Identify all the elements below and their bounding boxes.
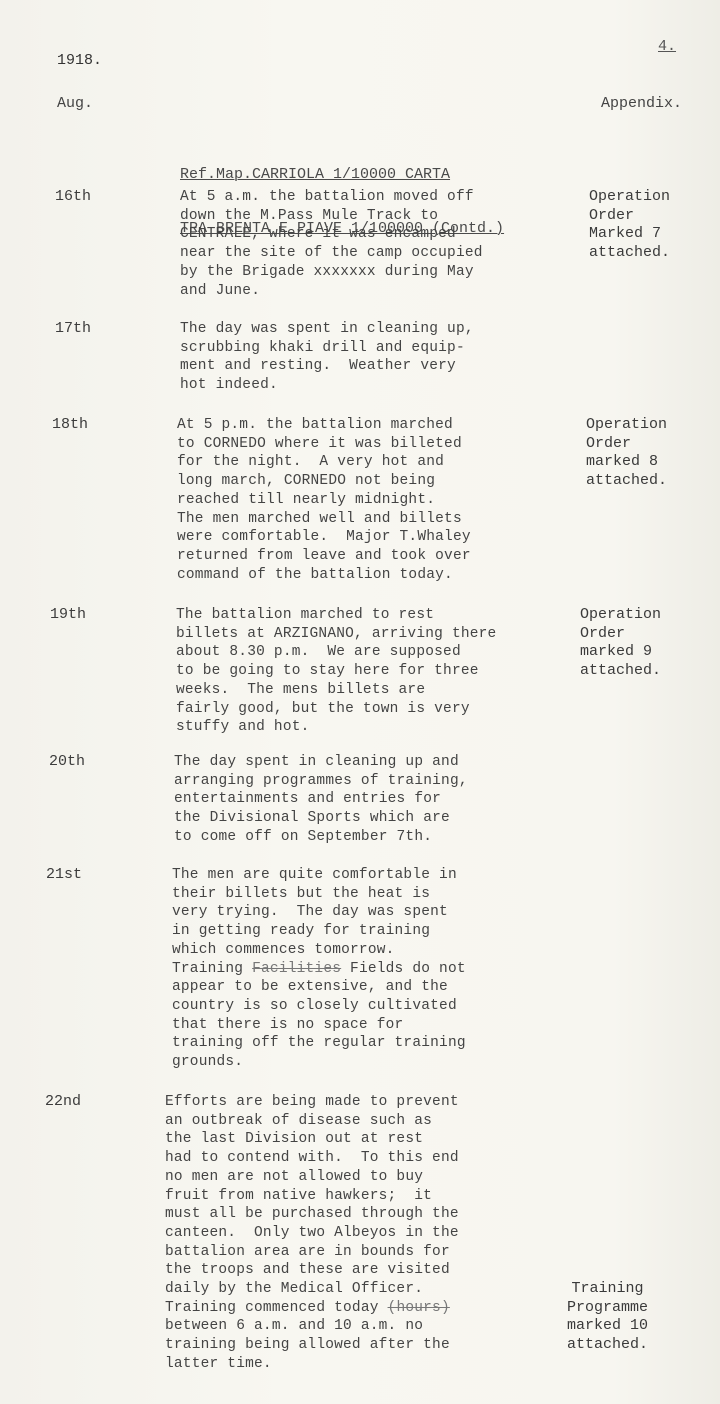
entry-text-part: Efforts are being made to prevent an out… [165, 1094, 459, 1316]
entry-date: 20th [49, 753, 85, 770]
entry-text: Efforts are being made to prevent an out… [165, 1093, 459, 1374]
entry-text: The men are quite comfortable in their b… [172, 866, 466, 1072]
entry-text: The day spent in cleaning up and arrangi… [174, 753, 468, 847]
entry-appendix-note: Operation Order Marked 7 attached. [589, 188, 670, 263]
entry-date: 17th [55, 320, 91, 337]
entry-date: 16th [55, 188, 91, 205]
year-heading: 1918. [57, 52, 102, 69]
entry-date: 18th [52, 416, 88, 433]
document-page: 1918. 4. Aug. Appendix. Ref.Map.CARRIOLA… [0, 0, 720, 1404]
month-heading: Aug. [57, 95, 93, 112]
struck-out-word: Facilities [252, 961, 341, 977]
entry-appendix-note: Operation Order marked 8 attached. [586, 416, 667, 491]
entry-text: The day was spent in cleaning up, scrubb… [180, 320, 474, 395]
entry-text-part: between 6 a.m. and 10 a.m. no training b… [165, 1318, 450, 1371]
entry-date: 22nd [45, 1093, 81, 1110]
entry-appendix-note: Operation Order marked 9 attached. [580, 606, 661, 681]
entry-text: At 5 a.m. the battalion moved off down t… [180, 188, 483, 300]
entry-date: 21st [46, 866, 82, 883]
appendix-column-heading: Appendix. [601, 95, 682, 112]
struck-out-word: (hours) [388, 1300, 450, 1316]
page-number: 4. [658, 38, 676, 55]
entry-text: The battalion marched to rest billets at… [176, 606, 496, 737]
entry-appendix-note: Training Programme marked 10 attached. [567, 1280, 648, 1355]
map-reference-line-1: Ref.Map.CARRIOLA 1/10000 CARTA [180, 166, 504, 184]
entry-text: At 5 p.m. the battalion marched to CORNE… [177, 416, 471, 584]
entry-date: 19th [50, 606, 86, 623]
